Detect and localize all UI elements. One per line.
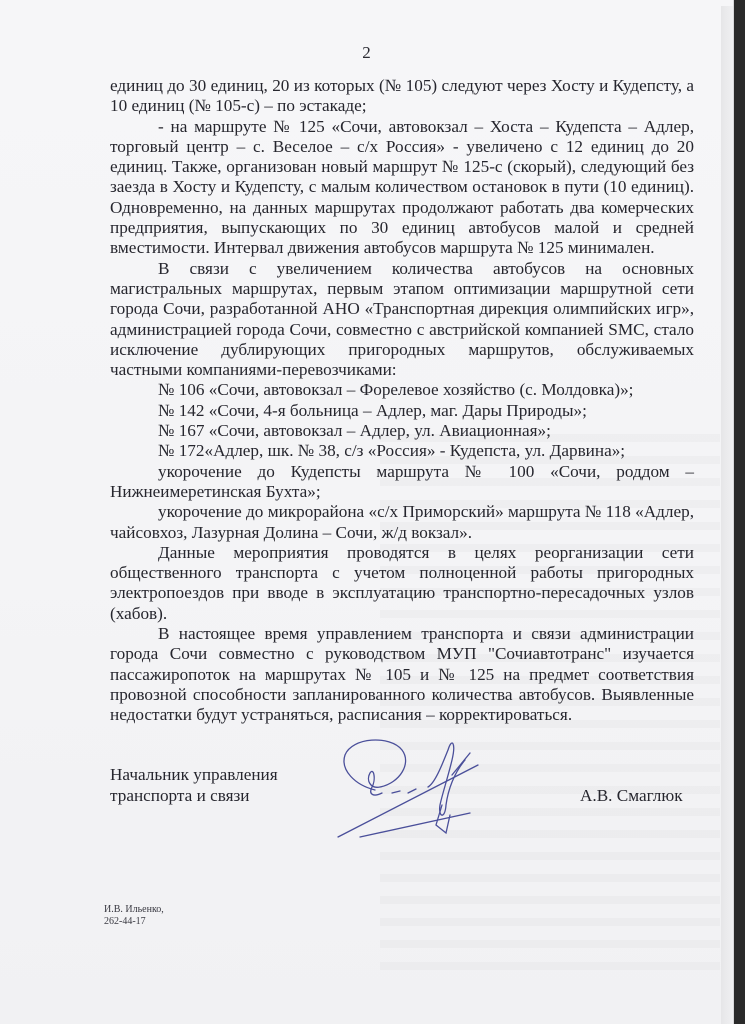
signature-position: Начальник управления транспорта и связи <box>110 765 278 806</box>
document-page: 2 единиц до 30 единиц, 20 из которых (№ … <box>0 0 733 1024</box>
page-edge <box>721 6 733 1024</box>
paragraph-route-125: - на маршруте № 125 «Сочи, автовокзал – … <box>110 117 694 259</box>
paragraph-route-118: укорочение до микрорайона «с/х Приморски… <box>110 502 694 543</box>
paragraph-route-100: укорочение до Кудепсты маршрута № 100 «С… <box>110 462 694 503</box>
paragraph-optimization: В связи с увеличением количества автобус… <box>110 259 694 381</box>
executor-phone: 262-44-17 <box>104 916 164 928</box>
executor-note: И.В. Ильенко, 262-44-17 <box>104 904 164 928</box>
paragraph-continuation: единиц до 30 единиц, 20 из которых (№ 10… <box>110 76 694 117</box>
position-line-2: транспорта и связи <box>110 786 278 807</box>
route-list-item: № 106 «Сочи, автовокзал – Форелевое хозя… <box>110 380 694 400</box>
document-body: единиц до 30 единиц, 20 из которых (№ 10… <box>110 76 694 726</box>
paragraph-current-study: В настоящее время управлением транспорта… <box>110 624 694 725</box>
route-list-item: № 167 «Сочи, автовокзал – Адлер, ул. Ави… <box>110 421 694 441</box>
signer-name: А.В. Смаглюк <box>580 786 683 806</box>
paragraph-purpose: Данные мероприятия проводятся в целях ре… <box>110 543 694 624</box>
page-number: 2 <box>0 43 733 63</box>
executor-name: И.В. Ильенко, <box>104 904 164 916</box>
route-list-item: № 142 «Сочи, 4-я больница – Адлер, маг. … <box>110 401 694 421</box>
route-list-item: № 172«Адлер, шк. № 38, с/з «Россия» - Ку… <box>110 441 694 461</box>
handwritten-signature-icon <box>330 725 510 840</box>
position-line-1: Начальник управления <box>110 765 278 786</box>
